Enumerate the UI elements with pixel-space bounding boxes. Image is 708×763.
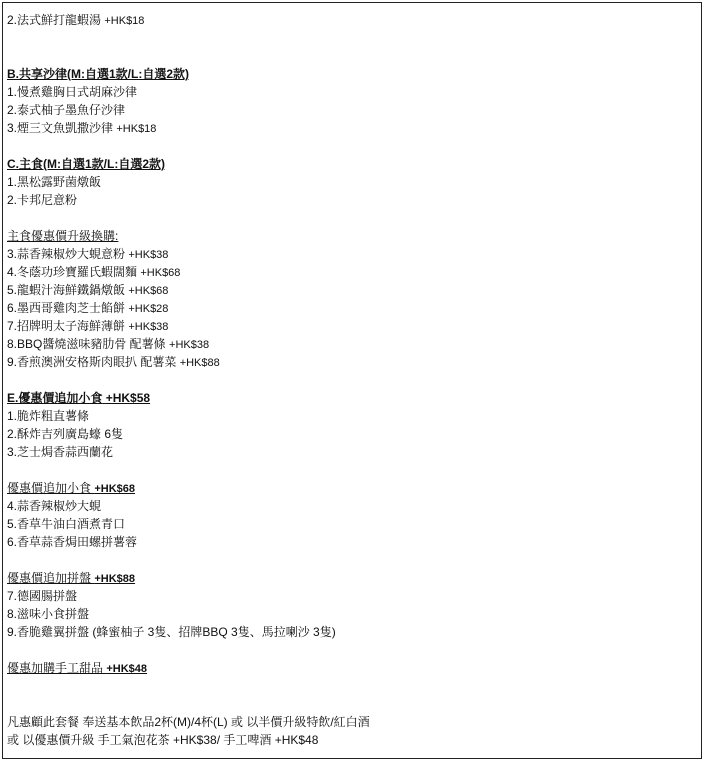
item-name: 7.德國腸拼盤: [7, 589, 77, 603]
item-name: 3.蒜香辣椒炒大蜆意粉: [7, 247, 125, 261]
item-price: +HK$18: [104, 15, 144, 27]
header-label: 優惠價追加小食: [7, 481, 91, 495]
menu-item: 8.BBQ醬燒滋味豬肋骨 配薯條 +HK$38: [7, 335, 702, 353]
item-name: 9.香煎澳洲安格斯肉眼扒 配薯菜: [7, 355, 176, 369]
menu-item: 3.芝士焗香蒜西蘭花: [7, 443, 702, 461]
header-price: +HK$48: [106, 663, 147, 675]
header-price: +HK$88: [94, 573, 135, 585]
menu-item: 6.墨西哥雞肉芝士餡餅 +HK$28: [7, 299, 702, 317]
item-name: 3.煙三文魚凱撒沙律: [7, 121, 113, 135]
item-price: +HK$28: [128, 303, 168, 315]
menu-content: 2.法式鮮打龍蝦湯 +HK$18 B.共享沙律(M:自選1款/L:自選2款) 1…: [7, 11, 702, 749]
menu-item: 1.慢煮雞胸日式胡麻沙律: [7, 83, 702, 101]
section-header-main-upgrade: 主食優惠價升級換購:: [7, 227, 702, 245]
footer-note-line-2: 或 以優惠價升級 手工氣泡花茶 +HK$38/ 手工啤酒 +HK$48: [7, 731, 702, 749]
footer-note-line-1: 凡惠顧此套餐 奉送基本飲品2杯(M)/4杯(L) 或 以半價升級特飲/紅白酒: [7, 713, 702, 731]
menu-item: 1.脆炸粗直薯條: [7, 407, 702, 425]
item-name: 4.蒜香辣椒炒大蜆: [7, 499, 101, 513]
item-price: +HK$18: [116, 123, 156, 135]
header-label: E.優惠價追加小食: [7, 391, 102, 405]
section-header-platter-88: 優惠價追加拼盤 +HK$88: [7, 569, 702, 587]
header-price: +HK$68: [94, 483, 135, 495]
menu-item: 2.泰式柚子墨魚仔沙律: [7, 101, 702, 119]
item-price: +HK$38: [128, 249, 168, 261]
menu-item: 9.香脆雞翼拼盤 (蜂蜜柚子 3隻、招牌BBQ 3隻、馬拉喇沙 3隻): [7, 623, 702, 641]
menu-item: 7.招牌明太子海鮮薄餅 +HK$38: [7, 317, 702, 335]
menu-item: 4.冬蔭功珍寶羅氏蝦闊麵 +HK$68: [7, 263, 702, 281]
item-name: 6.香草蒜香焗田螺拼薯蓉: [7, 535, 137, 549]
menu-item: 8.滋味小食拼盤: [7, 605, 702, 623]
item-name: 8.BBQ醬燒滋味豬肋骨 配薯條: [7, 337, 169, 351]
item-price: +HK$68: [140, 267, 180, 279]
section-header-salad: B.共享沙律(M:自選1款/L:自選2款): [7, 65, 702, 83]
menu-item: 5.香草牛油白酒煮青口: [7, 515, 702, 533]
menu-item: 4.蒜香辣椒炒大蜆: [7, 497, 702, 515]
item-name: 1.脆炸粗直薯條: [7, 409, 89, 423]
item-price: +HK$38: [128, 321, 168, 333]
item-name: 2.卡邦尼意粉: [7, 193, 77, 207]
section-header-main: C.主食(M:自選1款/L:自選2款): [7, 155, 702, 173]
item-price: +HK$68: [128, 285, 168, 297]
menu-item: 6.香草蒜香焗田螺拼薯蓉: [7, 533, 702, 551]
item-name: 2.酥炸吉列廣島蠔 6隻: [7, 427, 123, 441]
item-name: 4.冬蔭功珍寶羅氏蝦闊麵: [7, 265, 137, 279]
item-name: 8.滋味小食拼盤: [7, 607, 89, 621]
item-name: 9.香脆雞翼拼盤 (蜂蜜柚子 3隻、招牌BBQ 3隻、馬拉喇沙 3隻): [7, 625, 336, 639]
section-header-dessert: 優惠加購手工甜品 +HK$48: [7, 659, 702, 677]
menu-item: 3.煙三文魚凱撒沙律 +HK$18: [7, 119, 702, 137]
item-name: 5.龍蝦汁海鮮鐵鍋燉飯: [7, 283, 125, 297]
item-name: 7.招牌明太子海鮮薄餅: [7, 319, 125, 333]
item-name: 6.墨西哥雞肉芝士餡餅: [7, 301, 125, 315]
menu-item: 9.香煎澳洲安格斯肉眼扒 配薯菜 +HK$88: [7, 353, 702, 371]
item-name: 2.法式鮮打龍蝦湯: [7, 13, 101, 27]
section-header-snacks-68: 優惠價追加小食 +HK$68: [7, 479, 702, 497]
menu-item: 2.卡邦尼意粉: [7, 191, 702, 209]
item-name: 3.芝士焗香蒜西蘭花: [7, 445, 113, 459]
menu-item: 1.黑松露野菌燉飯: [7, 173, 702, 191]
header-label: 優惠價追加拼盤: [7, 571, 91, 585]
item-name: 5.香草牛油白酒煮青口: [7, 517, 125, 531]
item-name: 1.慢煮雞胸日式胡麻沙律: [7, 85, 137, 99]
menu-item: 5.龍蝦汁海鮮鐵鍋燉飯 +HK$68: [7, 281, 702, 299]
header-price: +HK$58: [106, 391, 150, 405]
item-price: +HK$38: [169, 339, 209, 351]
menu-item: 3.蒜香辣椒炒大蜆意粉 +HK$38: [7, 245, 702, 263]
item-price: +HK$88: [180, 357, 220, 369]
menu-item: 2.法式鮮打龍蝦湯 +HK$18: [7, 11, 702, 29]
header-label: 優惠加購手工甜品: [7, 661, 103, 675]
item-name: 2.泰式柚子墨魚仔沙律: [7, 103, 125, 117]
section-header-snacks-58: E.優惠價追加小食 +HK$58: [7, 389, 702, 407]
item-name: 1.黑松露野菌燉飯: [7, 175, 101, 189]
menu-item: 2.酥炸吉列廣島蠔 6隻: [7, 425, 702, 443]
menu-item: 7.德國腸拼盤: [7, 587, 702, 605]
